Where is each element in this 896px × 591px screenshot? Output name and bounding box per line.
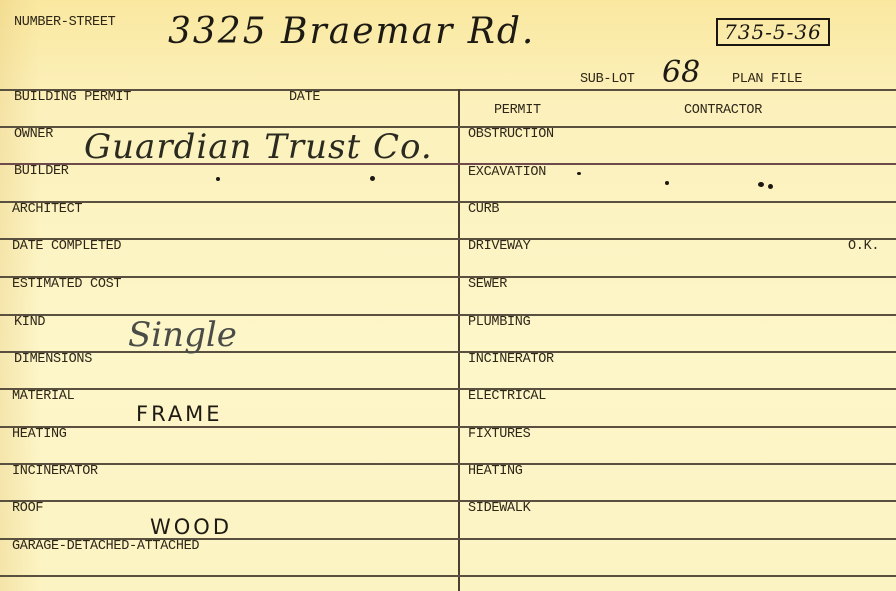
contractor-label: CONTRACTOR [684,104,762,118]
divider [0,388,896,390]
divider [0,426,896,428]
number-street-value: 3325 Braemar Rd. [168,14,535,50]
builder-label: BUILDER [14,165,69,179]
obstruction-label: OBSTRUCTION [468,128,554,142]
ink-spot [768,184,773,189]
ink-spot [577,172,581,175]
driveway-label: DRIVEWAY [468,240,530,254]
kind-label: KIND [14,316,45,330]
ink-spot [370,176,375,181]
ink-spot [216,177,220,181]
sub-lot-value: 68 [662,58,700,88]
file-number: 735-5-36 [716,18,830,46]
plumbing-label: PLUMBING [468,316,530,330]
number-street-label: NUMBER-STREET [14,16,115,30]
owner-value: Guardian Trust Co. [84,130,433,164]
date-completed-label: DATE COMPLETED [12,240,121,254]
permit-label: PERMIT [494,104,541,118]
divider [0,575,896,577]
curb-label: CURB [468,203,499,217]
building-permit-label: BUILDING PERMIT [14,91,131,105]
estimated-cost-label: ESTIMATED COST [12,278,121,292]
ink-spot [758,182,764,187]
material-value: FRAME [136,404,223,425]
permit-card: NUMBER-STREET 3325 Braemar Rd. 735-5-36 … [0,0,896,591]
sub-lot-label: SUB-LOT [580,73,635,87]
divider [0,201,896,203]
material-label: MATERIAL [12,390,74,404]
date-label: DATE [289,91,320,105]
plan-file-label: PLAN FILE [732,73,802,87]
dimensions-label: DIMENSIONS [14,353,92,367]
sewer-label: SEWER [468,278,507,292]
divider [0,238,896,240]
roof-label: ROOF [12,502,43,516]
kind-value: Single [128,318,237,352]
divider [0,463,896,465]
fixtures-label: FIXTURES [468,428,530,442]
roof-value: WOOD [150,517,232,538]
incinerator-permit-label: INCINERATOR [468,353,554,367]
ink-spot [665,181,669,185]
divider [0,89,896,91]
electrical-label: ELECTRICAL [468,390,546,404]
divider [0,276,896,278]
architect-label: ARCHITECT [12,203,82,217]
sidewalk-label: SIDEWALK [468,502,530,516]
garage-label: GARAGE-DETACHED-ATTACHED [12,540,199,554]
owner-label: OWNER [14,128,53,142]
divider [0,500,896,502]
driveway-value: O.K. [848,240,879,254]
incinerator-label: INCINERATOR [12,465,98,479]
heating-permit-label: HEATING [468,465,523,479]
heating-label: HEATING [12,428,67,442]
excavation-label: EXCAVATION [468,166,546,180]
